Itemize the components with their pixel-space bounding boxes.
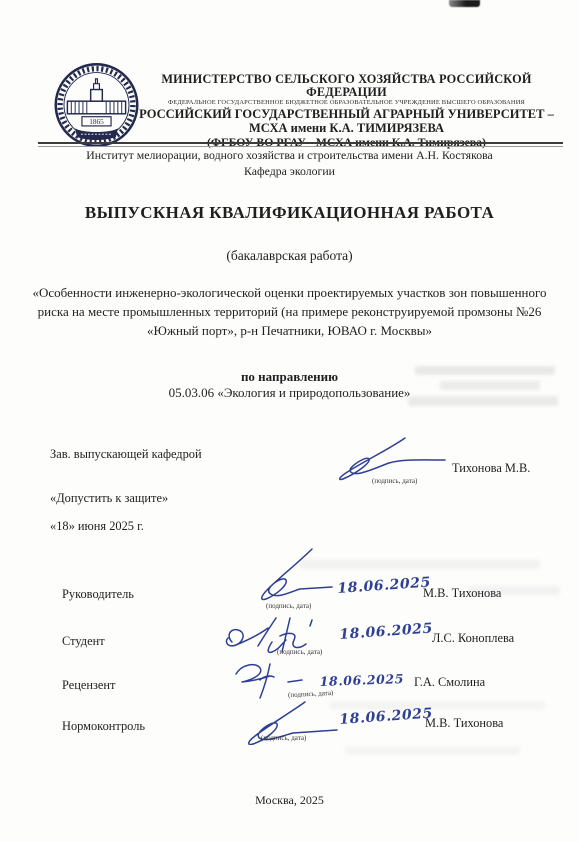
university-name-line1: РОССИЙСКИЙ ГОСУДАРСТВЕННЫЙ АГРАРНЫЙ УНИВ… xyxy=(128,108,565,121)
institute-line: Институт мелиорации, водного хозяйства и… xyxy=(0,148,579,163)
ministry-line: МИНИСТЕРСТВО СЕЛЬСКОГО ХОЗЯЙСТВА РОССИЙС… xyxy=(128,73,565,99)
student-name: Л.С. Коноплева xyxy=(432,631,514,646)
city-year-footer: Москва, 2025 xyxy=(0,793,579,808)
signature-caption: (подпись, дата) xyxy=(372,477,417,485)
reviewer-date-handwritten: 18.06.2025 xyxy=(319,671,404,689)
reviewer-name: Г.А. Смолина xyxy=(414,675,485,690)
university-name-line2: МСХА имени К.А. ТИМИРЯЗЕВА xyxy=(128,122,565,135)
signature-caption: (подпись, дата) xyxy=(261,734,306,742)
seal-year: 1865 xyxy=(89,118,104,126)
work-subtype: (бакалаврская работа) xyxy=(0,248,579,264)
supervisor-signature xyxy=(256,547,336,603)
bleed-through-artifact xyxy=(330,701,545,710)
header-rule xyxy=(38,142,563,144)
role-label-reviewer: Рецензент xyxy=(62,678,115,693)
admission-date-line: «18» июня 2025 г. xyxy=(50,519,144,534)
header-rule-shadow xyxy=(38,146,563,147)
direction-label: по направлению xyxy=(0,369,579,385)
scan-artifact xyxy=(449,0,480,7)
direction-value: 05.03.06 «Экология и природопользование» xyxy=(0,385,579,401)
supervisor-name: М.В. Тихонова xyxy=(423,586,501,601)
head-of-department-label: Зав. выпускающей кафедрой xyxy=(50,447,202,462)
role-label-supervisor: Руководитель xyxy=(62,587,134,602)
student-date-handwritten: 18.06.2025 xyxy=(339,621,434,643)
thesis-title-page: 1865 МИНИСТЕРСТВО СЕЛЬСКОГО ХОЗЯЙСТВА РО… xyxy=(0,0,579,842)
head-name: Тихонова М.В. xyxy=(452,461,530,476)
federal-institution-line: ФЕДЕРАЛЬНОЕ ГОСУДАРСТВЕННОЕ БЮДЖЕТНОЕ ОБ… xyxy=(128,100,565,107)
role-label-student: Студент xyxy=(62,634,105,649)
head-signature xyxy=(333,436,448,481)
norm-control-name: М.В. Тихонова xyxy=(425,716,503,731)
signature-caption: (подпись, дата) xyxy=(288,689,334,699)
bleed-through-artifact xyxy=(300,560,540,569)
signature-caption: (подпись, дата) xyxy=(266,602,311,610)
role-label-norm-control: Нормоконтроль xyxy=(62,719,145,734)
thesis-topic: «Особенности инженерно-экологической оце… xyxy=(29,284,550,340)
department-line: Кафедра экологии xyxy=(0,164,579,179)
bleed-through-artifact xyxy=(345,746,520,755)
signature-caption: (подпись, дата) xyxy=(277,648,322,656)
university-header: МИНИСТЕРСТВО СЕЛЬСКОГО ХОЗЯЙСТВА РОССИЙС… xyxy=(128,73,565,149)
work-type-title: ВЫПУСКНАЯ КВАЛИФИКАЦИОННАЯ РАБОТА xyxy=(0,203,579,223)
admit-to-defense-line: «Допустить к защите» xyxy=(50,491,168,506)
supervisor-date-handwritten: 18.06.2025 xyxy=(337,575,432,597)
